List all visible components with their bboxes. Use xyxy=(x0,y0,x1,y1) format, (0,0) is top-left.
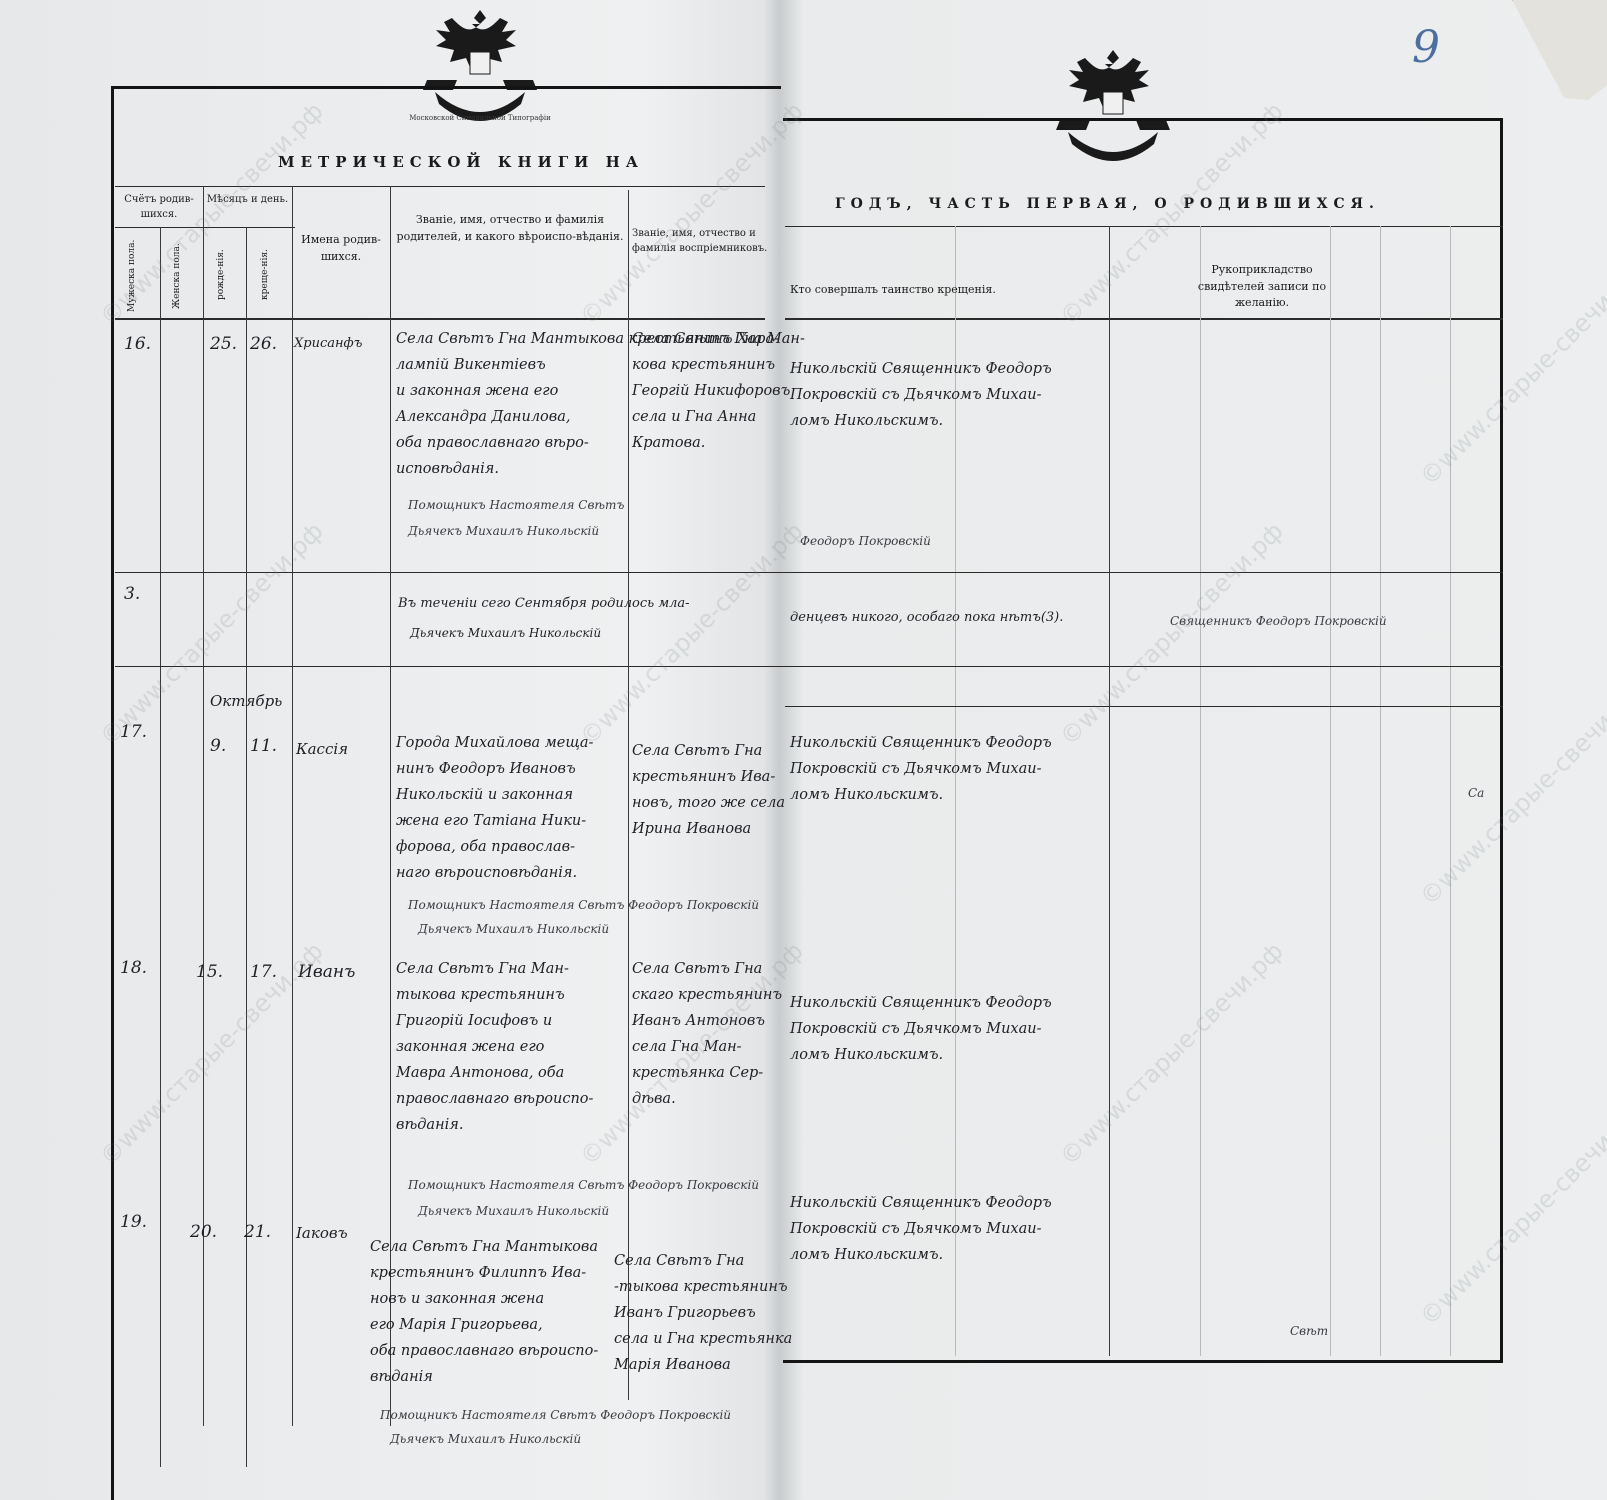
faint-col-line xyxy=(1200,226,1201,1356)
signature-note: Помощникъ Настоятеля Свѣтъ xyxy=(408,498,624,512)
birth-day: 25. xyxy=(210,334,237,354)
signature-note: Помощникъ Настоятеля Свѣтъ Феодоръ Покро… xyxy=(380,1408,731,1422)
baptism-day: 26. xyxy=(250,334,277,354)
col-line xyxy=(160,227,161,1467)
col-line xyxy=(246,227,247,1467)
parents-cell: Села Свѣтъ Гна Мантыковакрестьянинъ Фили… xyxy=(370,1234,598,1390)
faint-col-line xyxy=(1380,226,1381,1356)
header-month-group: Мѣсяцъ и день. xyxy=(203,192,292,207)
child-name: Иванъ xyxy=(298,962,355,982)
record-number: 3. xyxy=(124,584,140,604)
record-number: 17. xyxy=(120,722,147,742)
godparents-cell: Села Свѣтъ Гна Ман-кова крестьянинъГеорг… xyxy=(632,326,805,456)
header-names: Имена родив-шихся. xyxy=(294,232,388,265)
summary-continued: денцевъ никого, особаго пока нѣтъ(3). xyxy=(790,610,1063,625)
summary-priest-signature: Священникъ Феодоръ Покровскій xyxy=(1170,614,1387,628)
faint-col-line xyxy=(1450,226,1451,1356)
col-line xyxy=(1109,226,1110,1356)
signature-note: Помощникъ Настоятеля Свѣтъ Феодоръ Покро… xyxy=(408,898,759,912)
summary-signature: Дьячекъ Михаилъ Никольскій xyxy=(410,626,601,640)
godparents-cell: Села Свѣтъ Гна-тыкова крестьянинъИванъ Г… xyxy=(614,1248,792,1378)
paper-slip xyxy=(1512,0,1607,100)
performed-by-cell: Никольскій Священникъ ФеодоръПокровскій … xyxy=(790,730,1052,808)
margin-mark: Сa xyxy=(1468,786,1484,800)
open-register-book: 9 Московской Синодальной Типографіи МЕТР… xyxy=(0,0,1607,1500)
child-name: Хрисанфъ xyxy=(294,336,362,351)
record-number: 19. xyxy=(120,1212,147,1232)
row-rule xyxy=(115,572,1503,573)
row-rule xyxy=(115,666,1503,667)
header-female: Женска пола. xyxy=(172,238,182,314)
header-birth: рожде-нія. xyxy=(216,240,226,310)
signature-note: Дьячекъ Михаилъ Никольскій xyxy=(390,1432,581,1446)
header-parents: Званіе, имя, отчество и фамилія родителе… xyxy=(396,212,624,245)
col-line xyxy=(292,186,293,1426)
performed-by-cell: Никольскій Священникъ ФеодоръПокровскій … xyxy=(790,990,1052,1068)
right-page-title: ГОДЪ, ЧАСТЬ ПЕРВАЯ, О РОДИВШИХСЯ. xyxy=(835,196,1380,212)
signature-note: Помощникъ Настоятеля Свѣтъ Феодоръ Покро… xyxy=(408,1178,759,1192)
child-name: Кассія xyxy=(296,740,348,758)
baptism-day: 21. xyxy=(244,1222,271,1242)
summary-line: Въ теченіи сего Сентября родилось мла- xyxy=(398,596,690,611)
birth-day: 9. xyxy=(210,736,226,756)
header-witnesses: Рукоприкладство свидѣтелей записи по жел… xyxy=(1182,262,1342,312)
header-performed-by: Кто совершалъ таинство крещенія. xyxy=(790,282,1030,299)
record-number: 16. xyxy=(124,334,151,354)
header-top-rule-right xyxy=(785,226,1503,227)
signature-note: Феодоръ Покровскій xyxy=(800,534,931,548)
row-rule xyxy=(785,706,1503,707)
header-top-rule xyxy=(115,186,765,187)
child-name: Іаковъ xyxy=(296,1224,348,1242)
parents-cell: Села Свѣтъ Гна Ман-тыкова крестьянинъГри… xyxy=(396,956,593,1138)
signature-note: Дьячекъ Михаилъ Никольскій xyxy=(418,1204,609,1218)
faint-col-line xyxy=(1330,226,1331,1356)
header-count-group: Счётъ родив-шихся. xyxy=(115,192,203,222)
header-bottom-rule xyxy=(115,318,765,320)
subheader-rule xyxy=(115,227,295,228)
baptism-day: 17. xyxy=(250,962,277,982)
performed-by-cell: Никольскій Священникъ ФеодоръПокровскій … xyxy=(790,1190,1052,1268)
left-page-title: МЕТРИЧЕСКОЙ КНИГИ НА xyxy=(278,153,644,171)
signature-note: Дьячекъ Михаилъ Никольскій xyxy=(418,922,609,936)
header-baptism: креще-нія. xyxy=(260,240,270,310)
godparents-cell: Села Свѣтъ Гнаскаго крестьянинъИванъ Ант… xyxy=(632,956,782,1112)
page-number: 9 xyxy=(1412,22,1440,73)
header-male: Мужеска пола. xyxy=(127,238,137,314)
parents-cell: Города Михайлова меща-нинъ Феодоръ Ивано… xyxy=(396,730,593,886)
header-bottom-rule-right xyxy=(785,318,1503,320)
performed-by-cell: Никольскій Священникъ ФеодоръПокровскій … xyxy=(790,356,1052,434)
baptism-day: 11. xyxy=(250,736,277,756)
margin-mark: Свѣт xyxy=(1290,1324,1328,1338)
birth-day: 20. xyxy=(190,1222,217,1242)
month-label: Октябрь xyxy=(210,692,282,710)
signature-note: Дьячекъ Михаилъ Никольскій xyxy=(408,524,599,538)
record-number: 18. xyxy=(120,958,147,978)
godparents-cell: Села Свѣтъ Гнакрестьянинъ Ива-новъ, того… xyxy=(632,738,785,842)
header-godparents: Званіе, имя, отчество и фамилія воспріем… xyxy=(632,226,782,256)
birth-day: 15. xyxy=(196,962,223,982)
